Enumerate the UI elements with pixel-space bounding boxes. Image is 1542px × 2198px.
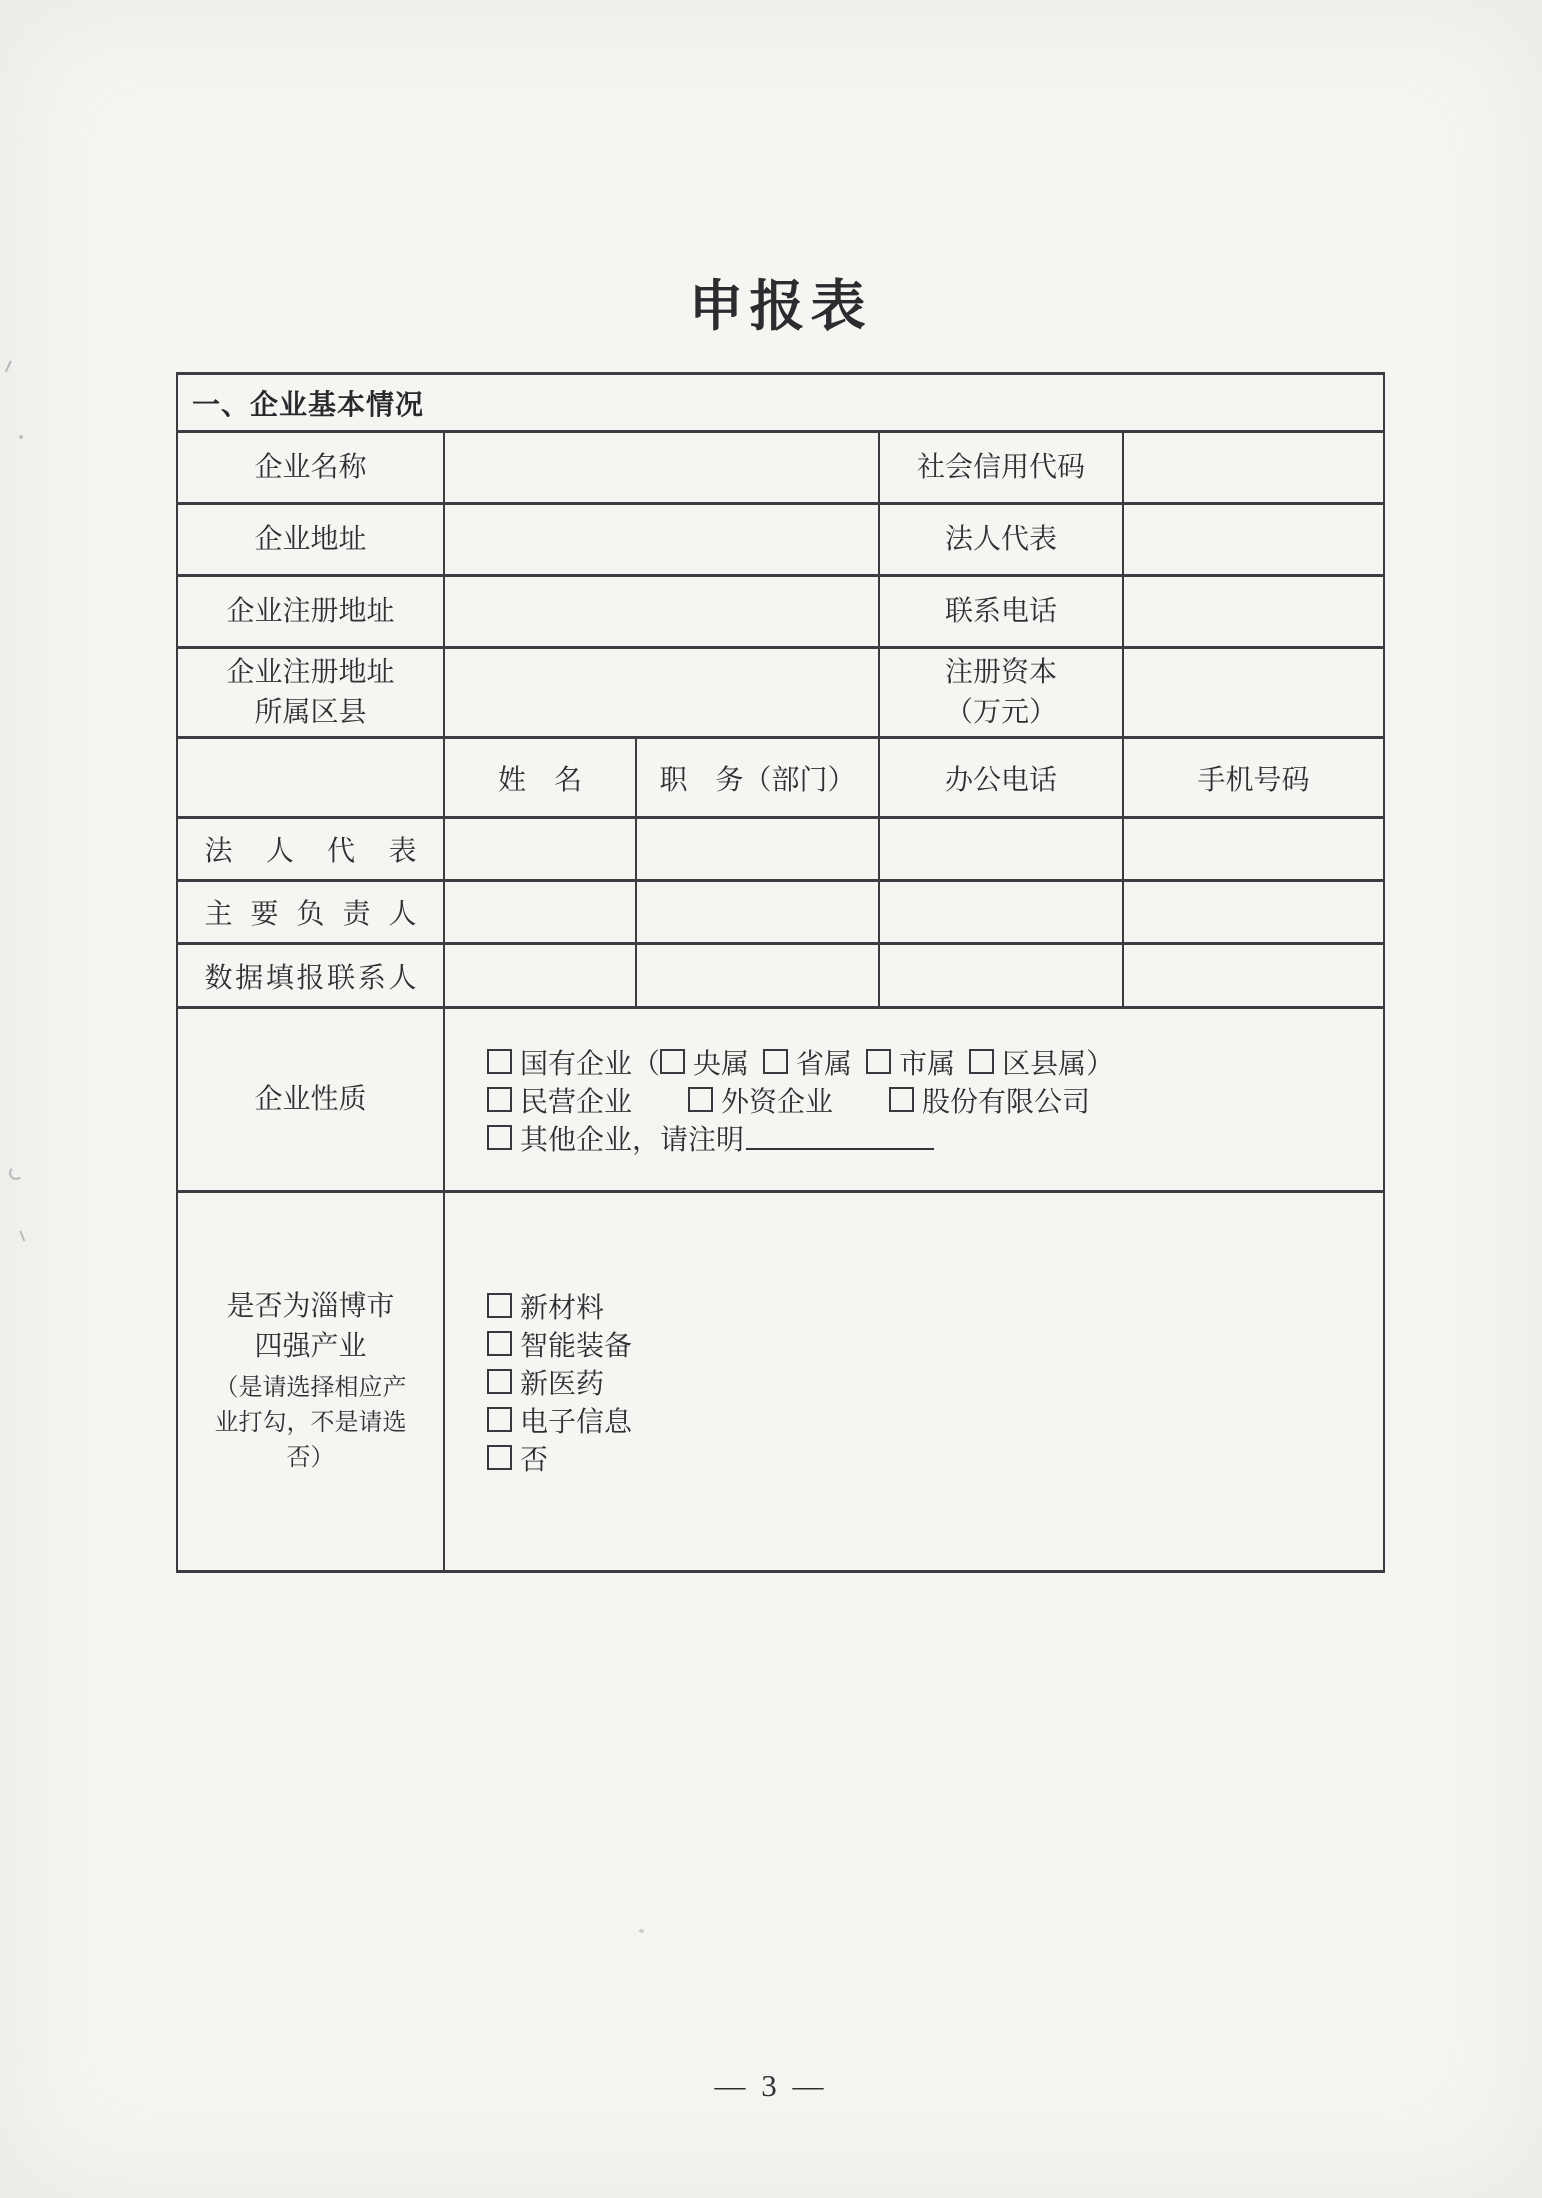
option-no-label: 否 bbox=[520, 1438, 548, 1478]
option-joint-stock-label: 股份有限公司 bbox=[922, 1080, 1090, 1120]
contacts-header-mobile: 手机号码 bbox=[1123, 738, 1384, 818]
checkbox-icon bbox=[889, 1087, 914, 1112]
checkbox-icon bbox=[487, 1125, 512, 1150]
label-registered-district-line1: 企业注册地址 bbox=[178, 653, 443, 693]
scan-artifact bbox=[5, 360, 19, 375]
contacts-header-position: 职 务（部门） bbox=[636, 738, 879, 818]
checkbox-icon bbox=[487, 1331, 512, 1356]
checkbox-icon bbox=[866, 1049, 891, 1074]
contacts-header-name: 姓 名 bbox=[444, 738, 636, 818]
option-electronic-info: 电子信息 bbox=[487, 1401, 1383, 1439]
option-provincial-label: 省属 bbox=[796, 1042, 852, 1082]
label-four-industries-line2: 四强产业 bbox=[178, 1327, 443, 1367]
scanned-form-page: 申报表 一、企业基本情况 企业名称 社会信用代码 企业地址 法人代表 bbox=[0, 0, 1542, 2198]
label-registered-capital-line2: （万元） bbox=[880, 693, 1122, 733]
option-new-medicine: 新医药 bbox=[487, 1363, 1383, 1401]
row-person-in-charge-label-text: 主要负责人 bbox=[205, 892, 417, 932]
value-credit-code bbox=[1123, 432, 1384, 504]
checkbox-icon bbox=[487, 1407, 512, 1432]
person-in-charge-mobile-cell bbox=[1123, 881, 1384, 944]
option-foreign: 外资企业 bbox=[688, 1080, 833, 1120]
page-title: 申报表 bbox=[0, 262, 1542, 341]
label-legal-rep: 法人代表 bbox=[879, 504, 1123, 576]
label-company-nature: 企业性质 bbox=[177, 1008, 444, 1192]
option-smart-equipment-label: 智能装备 bbox=[520, 1324, 632, 1364]
label-credit-code: 社会信用代码 bbox=[879, 432, 1123, 504]
label-four-industries: 是否为淄博市 四强产业 （是请选择相应产业打勾，不是请选否） bbox=[177, 1192, 444, 1572]
checkbox-icon bbox=[487, 1049, 512, 1074]
scan-artifact bbox=[19, 435, 23, 439]
contacts-header-empty-cell bbox=[177, 738, 444, 818]
value-company-name bbox=[444, 432, 879, 504]
label-credit-code-text: 社会信用代码 bbox=[917, 452, 1085, 483]
section-header: 一、企业基本情况 bbox=[177, 374, 1384, 432]
row-data-contact-label: 数据填报联系人 bbox=[177, 944, 444, 1008]
legal-rep-mobile-cell bbox=[1123, 818, 1384, 881]
option-private: 民营企业 bbox=[487, 1080, 632, 1120]
label-contact-phone-text: 联系电话 bbox=[945, 596, 1057, 627]
value-registered-address bbox=[444, 576, 879, 648]
data-contact-mobile-cell bbox=[1123, 944, 1384, 1008]
row-legal-representative-label: 法人代表 bbox=[177, 818, 444, 881]
person-in-charge-position-cell bbox=[636, 881, 879, 944]
option-municipal-label: 市属 bbox=[899, 1042, 955, 1082]
label-registered-address-text: 企业注册地址 bbox=[226, 596, 394, 627]
option-central: 央属 bbox=[660, 1042, 749, 1082]
option-state-owned: 国有企业 bbox=[487, 1042, 632, 1082]
label-contact-phone: 联系电话 bbox=[879, 576, 1123, 648]
checkbox-icon bbox=[487, 1087, 512, 1112]
application-table: 一、企业基本情况 企业名称 社会信用代码 企业地址 法人代表 企业注册地址 联系… bbox=[176, 372, 1385, 1573]
option-central-label: 央属 bbox=[693, 1042, 749, 1082]
value-company-address bbox=[444, 504, 879, 576]
label-legal-rep-text: 法人代表 bbox=[945, 524, 1057, 555]
option-district-label: 区县属 bbox=[1002, 1042, 1086, 1082]
option-state-owned-label: 国有企业 bbox=[520, 1042, 632, 1082]
option-municipal: 市属 bbox=[866, 1042, 955, 1082]
four-industries-options-cell: 新材料 智能装备 新医药 电子信息 否 bbox=[444, 1192, 1384, 1572]
option-no: 否 bbox=[487, 1439, 1383, 1477]
checkbox-icon bbox=[487, 1369, 512, 1394]
nature-options-line2: 民营企业 外资企业 股份有限公司 bbox=[487, 1081, 1383, 1119]
scan-artifact bbox=[19, 1228, 32, 1242]
label-four-industries-line1: 是否为淄博市 bbox=[178, 1287, 443, 1327]
option-private-label: 民营企业 bbox=[520, 1080, 632, 1120]
nature-options-line3: 其他企业，请注明 bbox=[487, 1119, 1383, 1157]
option-other: 其他企业，请注明 bbox=[487, 1118, 744, 1158]
legal-rep-office-phone-cell bbox=[879, 818, 1123, 881]
person-in-charge-office-phone-cell bbox=[879, 881, 1123, 944]
company-nature-options-cell: 国有企业 （ 央属 省属 市属 区县属 ） 民营企业 外资企业 股份有限公司 bbox=[444, 1008, 1384, 1192]
row-legal-representative-label-text: 法人代表 bbox=[205, 829, 417, 869]
label-company-address: 企业地址 bbox=[177, 504, 444, 576]
value-registered-capital bbox=[1123, 648, 1384, 738]
nature-options-line1: 国有企业 （ 央属 省属 市属 区县属 ） bbox=[487, 1043, 1383, 1081]
row-person-in-charge-label: 主要负责人 bbox=[177, 881, 444, 944]
label-registered-district-line2: 所属区县 bbox=[178, 693, 443, 733]
option-foreign-label: 外资企业 bbox=[721, 1080, 833, 1120]
checkbox-icon bbox=[969, 1049, 994, 1074]
page-number: — 3 — bbox=[0, 2068, 1542, 2104]
option-new-materials-label: 新材料 bbox=[520, 1286, 604, 1326]
option-joint-stock: 股份有限公司 bbox=[889, 1080, 1090, 1120]
data-contact-name-cell bbox=[444, 944, 636, 1008]
option-new-medicine-label: 新医药 bbox=[520, 1362, 604, 1402]
value-registered-district bbox=[444, 648, 879, 738]
value-legal-rep bbox=[1123, 504, 1384, 576]
paren-open: （ bbox=[632, 1042, 660, 1082]
scan-artifact bbox=[9, 1166, 23, 1180]
checkbox-icon bbox=[688, 1087, 713, 1112]
label-registered-capital: 注册资本 （万元） bbox=[879, 648, 1123, 738]
checkbox-icon bbox=[763, 1049, 788, 1074]
scan-artifact bbox=[639, 1929, 644, 1933]
fill-in-underline bbox=[746, 1126, 934, 1150]
contacts-header-office-phone: 办公电话 bbox=[879, 738, 1123, 818]
label-company-name-text: 企业名称 bbox=[254, 452, 366, 483]
option-electronic-info-label: 电子信息 bbox=[520, 1400, 632, 1440]
option-other-label: 其他企业，请注明 bbox=[520, 1118, 744, 1158]
checkbox-icon bbox=[660, 1049, 685, 1074]
option-district: 区县属 bbox=[969, 1042, 1086, 1082]
legal-rep-position-cell bbox=[636, 818, 879, 881]
application-table-wrap: 一、企业基本情况 企业名称 社会信用代码 企业地址 法人代表 企业注册地址 联系… bbox=[176, 372, 1385, 1573]
label-company-nature-text: 企业性质 bbox=[254, 1084, 366, 1115]
checkbox-icon bbox=[487, 1445, 512, 1470]
label-four-industries-note: （是请选择相应产业打勾，不是请选否） bbox=[208, 1371, 414, 1476]
label-company-address-text: 企业地址 bbox=[254, 524, 366, 555]
label-registered-district: 企业注册地址 所属区县 bbox=[177, 648, 444, 738]
paren-close: ） bbox=[1086, 1042, 1114, 1082]
value-contact-phone bbox=[1123, 576, 1384, 648]
person-in-charge-name-cell bbox=[444, 881, 636, 944]
checkbox-icon bbox=[487, 1293, 512, 1318]
label-company-name: 企业名称 bbox=[177, 432, 444, 504]
data-contact-position-cell bbox=[636, 944, 879, 1008]
label-registered-capital-line1: 注册资本 bbox=[880, 653, 1122, 693]
option-smart-equipment: 智能装备 bbox=[487, 1325, 1383, 1363]
data-contact-office-phone-cell bbox=[879, 944, 1123, 1008]
option-new-materials: 新材料 bbox=[487, 1287, 1383, 1325]
option-provincial: 省属 bbox=[763, 1042, 852, 1082]
row-data-contact-label-text: 数据填报联系人 bbox=[205, 956, 417, 996]
label-registered-address: 企业注册地址 bbox=[177, 576, 444, 648]
legal-rep-name-cell bbox=[444, 818, 636, 881]
